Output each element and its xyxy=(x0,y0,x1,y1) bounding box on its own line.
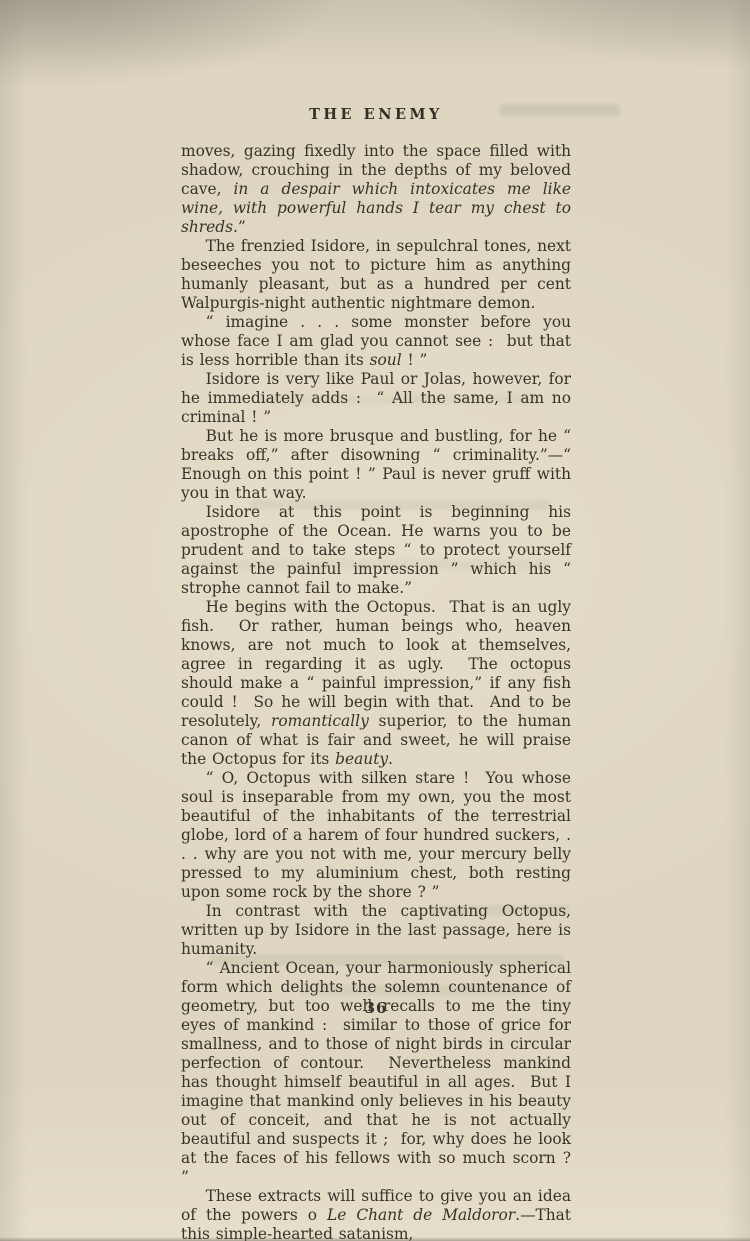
book-page-scan: THE ENEMY moves, gazing fixedly into the… xyxy=(0,0,750,1241)
text-segment: . xyxy=(388,750,393,768)
text-segment: “ O, Octopus with silken stare ! You who… xyxy=(181,769,577,901)
text-segment: The frenzied Isidore, in sepulchral tone… xyxy=(181,237,577,312)
paragraph: In contrast with the captivating Octopus… xyxy=(181,902,571,959)
page-body: moves, gazing fixedly into the space fil… xyxy=(181,142,571,1241)
paragraph: “ imagine . . . some monster before you … xyxy=(181,313,571,370)
text-segment: In contrast with the captivating Octopus… xyxy=(181,902,577,958)
scan-bottom-edge xyxy=(0,1237,750,1241)
paragraph: moves, gazing fixedly into the space fil… xyxy=(181,142,571,237)
italic-text-segment: Le Chant de Maldoror xyxy=(327,1206,515,1224)
page-number: 36 xyxy=(181,999,571,1017)
paragraph: He begins with the Octopus. That is an u… xyxy=(181,598,571,769)
paragraph: These extracts will suffice to give you … xyxy=(181,1187,571,1241)
paragraph: Isidore at this point is beginning his a… xyxy=(181,503,571,598)
text-segment: ” xyxy=(238,218,246,236)
text-segment: He begins with the Octopus. That is an u… xyxy=(181,598,577,730)
text-segment: Isidore is very like Paul or Jolas, howe… xyxy=(181,370,577,426)
paragraph: Isidore is very like Paul or Jolas, howe… xyxy=(181,370,571,427)
paragraph: “ Ancient Ocean, your harmoniously spher… xyxy=(181,959,571,1187)
italic-text-segment: beauty xyxy=(335,750,388,768)
paragraph: “ O, Octopus with silken stare ! You who… xyxy=(181,769,571,902)
paragraph: But he is more brusque and bustling, for… xyxy=(181,427,571,503)
running-head-title: THE ENEMY xyxy=(181,106,571,123)
italic-text-segment: romantically xyxy=(271,712,369,730)
text-segment: ! ” xyxy=(402,351,428,369)
text-segment: “ Ancient Ocean, your harmoniously spher… xyxy=(181,959,577,1186)
text-segment: Isidore at this point is beginning his a… xyxy=(181,503,577,597)
paragraph: The frenzied Isidore, in sepulchral tone… xyxy=(181,237,571,313)
italic-text-segment: soul xyxy=(370,351,402,369)
text-segment: But he is more brusque and bustling, for… xyxy=(181,427,577,502)
